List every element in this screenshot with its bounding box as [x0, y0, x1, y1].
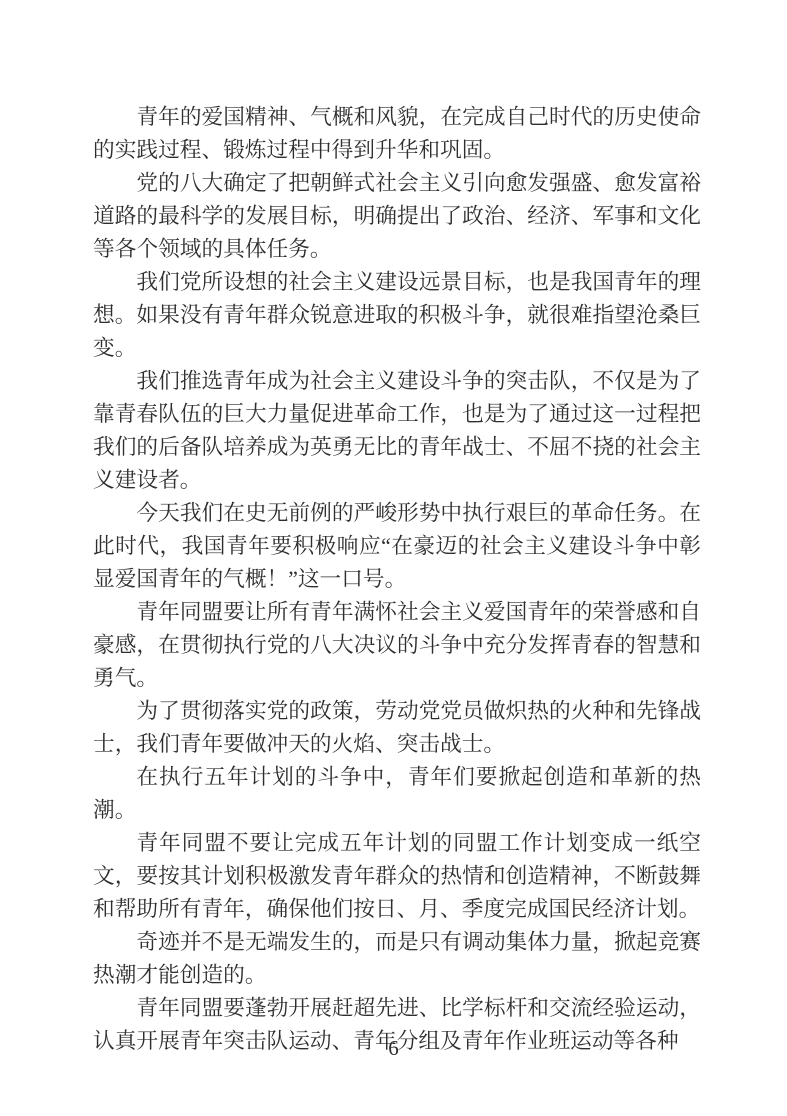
- paragraph: 青年同盟要让所有青年满怀社会主义爱国青年的荣誉感和自豪感，在贯彻执行党的八大决议…: [93, 596, 701, 695]
- document-page: 青年的爱国精神、气概和风貌，在完成自己时代的历史使命的实践过程、锻炼过程中得到升…: [0, 0, 787, 1116]
- paragraph: 青年的爱国精神、气概和风貌，在完成自己时代的历史使命的实践过程、锻炼过程中得到升…: [93, 101, 701, 167]
- paragraph: 今天我们在史无前例的严峻形势中执行艰巨的革命任务。在此时代，我国青年要积极响应“…: [93, 497, 701, 596]
- document-body: 青年的爱国精神、气概和风貌，在完成自己时代的历史使命的实践过程、锻炼过程中得到升…: [93, 101, 701, 1058]
- paragraph: 我们党所设想的社会主义建设远景目标，也是我国青年的理想。如果没有青年群众锐意进取…: [93, 266, 701, 365]
- paragraph: 为了贯彻落实党的政策，劳动党党员做炽热的火种和先锋战士，我们青年要做冲天的火焰、…: [93, 695, 701, 761]
- paragraph: 党的八大确定了把朝鲜式社会主义引向愈发强盛、愈发富裕道路的最科学的发展目标，明确…: [93, 167, 701, 266]
- paragraph: 奇迹并不是无端发生的，而是只有调动集体力量，掀起竞赛热潮才能创造的。: [93, 926, 701, 992]
- paragraph: 青年同盟不要让完成五年计划的同盟工作计划变成一纸空文，要按其计划积极激发青年群众…: [93, 827, 701, 926]
- page-number: 6: [0, 1032, 787, 1065]
- paragraph: 我们推选青年成为社会主义建设斗争的突击队，不仅是为了靠青春队伍的巨大力量促进革命…: [93, 365, 701, 497]
- paragraph: 在执行五年计划的斗争中，青年们要掀起创造和革新的热潮。: [93, 761, 701, 827]
